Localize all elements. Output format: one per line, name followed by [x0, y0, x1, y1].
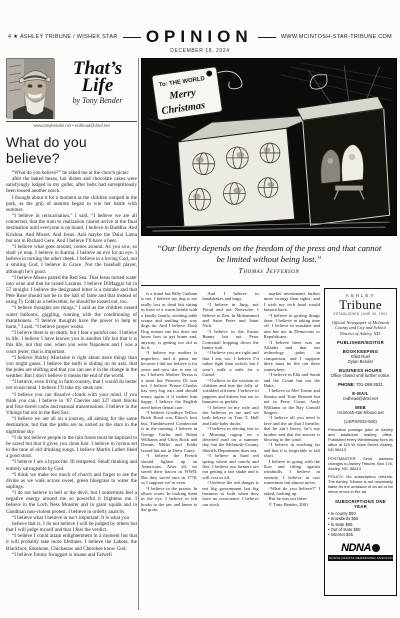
paragraph: believe that is. I do not believe I will… — [6, 521, 137, 533]
paragraph: market investments further more wrongs t… — [264, 291, 320, 313]
paragraph: “I believe you can dissolve clouds with … — [6, 392, 137, 417]
column-divider-rule — [138, 58, 139, 610]
paragraph: “I believe Goodbye Yellow Brick Road was… — [141, 410, 197, 453]
article-col-1: is a fraud but Billy Graham is not. I be… — [141, 291, 197, 613]
christmas-cartoon-illustration: To: THE WORLD Merry Christmas — [142, 59, 396, 235]
paragraph: I thought about it for a moment as the c… — [6, 195, 137, 213]
periodical-notice: Periodical postage paid at Ashley and ad… — [328, 428, 393, 453]
paragraph: “I believe what I believe in isn’t impor… — [6, 515, 137, 521]
email-value: redhead@drtel.net — [328, 396, 393, 401]
official-newspaper-text: Official Newspaper of McIntosh County an… — [328, 320, 393, 336]
paragraph: “I believe you are right and that I am, … — [202, 350, 258, 377]
column-title-line2: Life — [58, 77, 137, 94]
newspaper-page: 4 ★ ASHLEY TRIBUNE / WISHEK STAR OPINION… — [0, 0, 400, 618]
pull-quote: “Our liberty depends on the freedom of t… — [141, 243, 397, 275]
paragraph: “I believe thoughts are things,” I said … — [6, 305, 137, 330]
article-headline: What do you believe? — [6, 134, 137, 166]
paragraph: “I believe there was an Atlantis and tha… — [264, 340, 320, 372]
paragraph: “I believe in driving fast in a Mustang … — [202, 426, 258, 453]
paragraph: “I believe, even living in farm country,… — [6, 379, 137, 391]
page-date: DECEMBER 18, 2024 — [0, 48, 400, 54]
paragraph: “I believe in hard red spring wheat and … — [202, 453, 258, 480]
paragraph: “I believe in my wife and she believes i… — [202, 405, 258, 427]
editorial-cartoon: To: THE WORLD Merry Christmas — [141, 58, 397, 236]
paragraph: “I believe Shirley Maclaine is right abo… — [6, 355, 137, 380]
ndna-association-bar: NORTH DAKOTA NEWSPAPER ASSOCIATION — [328, 555, 393, 561]
paragraph: “I believe in the prairie. In elbow room… — [141, 486, 197, 513]
columnist-photo — [6, 58, 54, 118]
paper-masthead-box: ASHLEY Tribune ESTABLISHED JUNE 30, 1901… — [324, 288, 397, 596]
postmaster-notice: POSTMASTER: Send address changes to Ashl… — [328, 457, 393, 472]
paragraph: “I believe in getting things done. I bel… — [264, 313, 320, 340]
masthead-rule-right — [258, 37, 276, 38]
column-byline: by Tony Bender — [58, 96, 137, 105]
section-title: OPINION — [146, 27, 253, 47]
phone-number: 701-288-3531 — [356, 382, 383, 387]
paragraph: “I believe what goes around, comes aroun… — [6, 244, 137, 275]
subscription-rates: • In county $50• Snowbirds $55• In state… — [328, 511, 393, 537]
column-header-rule — [6, 121, 137, 122]
masthead: 4 ★ ASHLEY TRIBUNE / WISHEK STAR OPINION… — [8, 27, 392, 47]
ndna-gear-icon — [372, 544, 380, 552]
policy-notice: POLICY: No subscription refunds. The Ash… — [328, 475, 393, 495]
masthead-right: WWW.MCINTOSH-STAR-TRIBUNE.COM — [281, 34, 392, 40]
paragraph: “I believe my mother is imperfect, and i… — [141, 350, 197, 409]
paragraph: “I believe there is no death, but I fear… — [6, 330, 137, 355]
ndna-logo: NDNA NORTH DAKOTA NEWSPAPER ASSOCIATION — [328, 542, 393, 561]
paragraph: “I believe I am a hypocrite. Ill tempere… — [6, 459, 137, 471]
paragraph: “I believe in reincarnation,” I said. “I… — [6, 213, 137, 244]
paragraph: “I believe in the Easter Bunny but not P… — [202, 329, 258, 351]
paragraph: “I believe we are all on a journey, all … — [6, 416, 137, 434]
masthead-left: 4 ★ ASHLEY TRIBUNE / WISHEK STAR — [8, 34, 118, 40]
column-contact: www.tonybender.net • redhead@drtel.net — [6, 123, 137, 128]
article-continuation: is a fraud but Billy Graham is not. I be… — [141, 291, 320, 613]
paper-established: ESTABLISHED JUNE 30, 1901 — [328, 312, 393, 316]
paragraph: is a fraud but Billy Graham is not. I be… — [141, 291, 197, 350]
paragraph: “What do you believe?” I asked, looking … — [264, 486, 320, 497]
paragraph: I believe in Mel Torme and Sinatra and T… — [264, 388, 320, 415]
paragraph: “I believe Jimmy Swaggart is insane and … — [6, 552, 137, 558]
paragraph: “I do not believe people in the rain for… — [6, 435, 137, 460]
left-column: That’s Life by Tony Bender www.tonybende… — [6, 58, 137, 614]
masthead-rule-left — [123, 37, 141, 38]
paragraph: And I believe in handshakes and hugs. — [202, 291, 258, 302]
pull-quote-text: “Our liberty depends on the freedom of t… — [141, 243, 397, 264]
ndna-wordmark: NDNA — [341, 542, 371, 554]
web-value: mcintosh-star-tribune.net — [328, 410, 393, 415]
column-header: That’s Life by Tony Bender — [6, 58, 137, 118]
paragraph: “I believe Moses parted the Red Sea. Tha… — [6, 275, 137, 306]
cartoon-gift-tag: To: THE WORLD Merry Christmas — [152, 67, 223, 121]
paragraph: © Tony Bender, 2001 — [264, 502, 320, 507]
paragraph: “I believe I could attain enlightenment … — [6, 533, 137, 551]
paragraph: “I think we make too much of church and … — [6, 472, 137, 490]
paragraph: “I believe in Ella and Sarah and the Cou… — [264, 372, 320, 388]
paragraph: “I believe the real danger is not big go… — [202, 480, 258, 507]
article-body-main: “What do you believe?” he asked me at th… — [6, 170, 137, 558]
paragraph: “I believe in reaching far and that it i… — [264, 442, 320, 458]
columnist-portrait-illustration — [7, 59, 55, 119]
subscription-line: • Internet $45 — [328, 532, 393, 537]
article-col-3: market investments further more wrongs t… — [264, 291, 320, 613]
paragraph: “I believe in the wisdom of children and… — [202, 378, 258, 405]
paragraph: “I believe the French should lighten up … — [141, 453, 197, 485]
paragraph: I believe in going with the flow and til… — [264, 459, 320, 486]
quote-bottom-rule — [141, 285, 320, 286]
paragraph: after the baked beans, hot dishes and ch… — [6, 176, 137, 194]
paragraph: “I believe in Jung, not Freud and not Ni… — [202, 302, 258, 329]
usps-number: (USPS#033-940) — [328, 419, 393, 424]
subscriptions-label: SUBSCRIPTIONS ONE YEAR — [328, 499, 393, 509]
phone-label: PHONE: — [338, 382, 355, 387]
pull-quote-attribution: Thomas Jefferson — [141, 266, 397, 275]
publisher-label: PUBLISHER/EDITOR — [328, 340, 393, 345]
phone-line: PHONE: 701-288-3531 — [328, 382, 393, 387]
article-col-2: And I believe in handshakes and hugs.“I … — [202, 291, 258, 613]
business-hours-text: Office closed until further notice. — [328, 373, 393, 378]
staff-name-2: Dylan Bender — [328, 359, 393, 364]
paragraph: “I do not believe in hell or the devil, … — [6, 490, 137, 515]
column-title-block: That’s Life by Tony Bender — [58, 58, 137, 118]
paragraph: “I believe all you need is love and the … — [264, 415, 320, 442]
paper-name: Tribune — [328, 298, 393, 311]
